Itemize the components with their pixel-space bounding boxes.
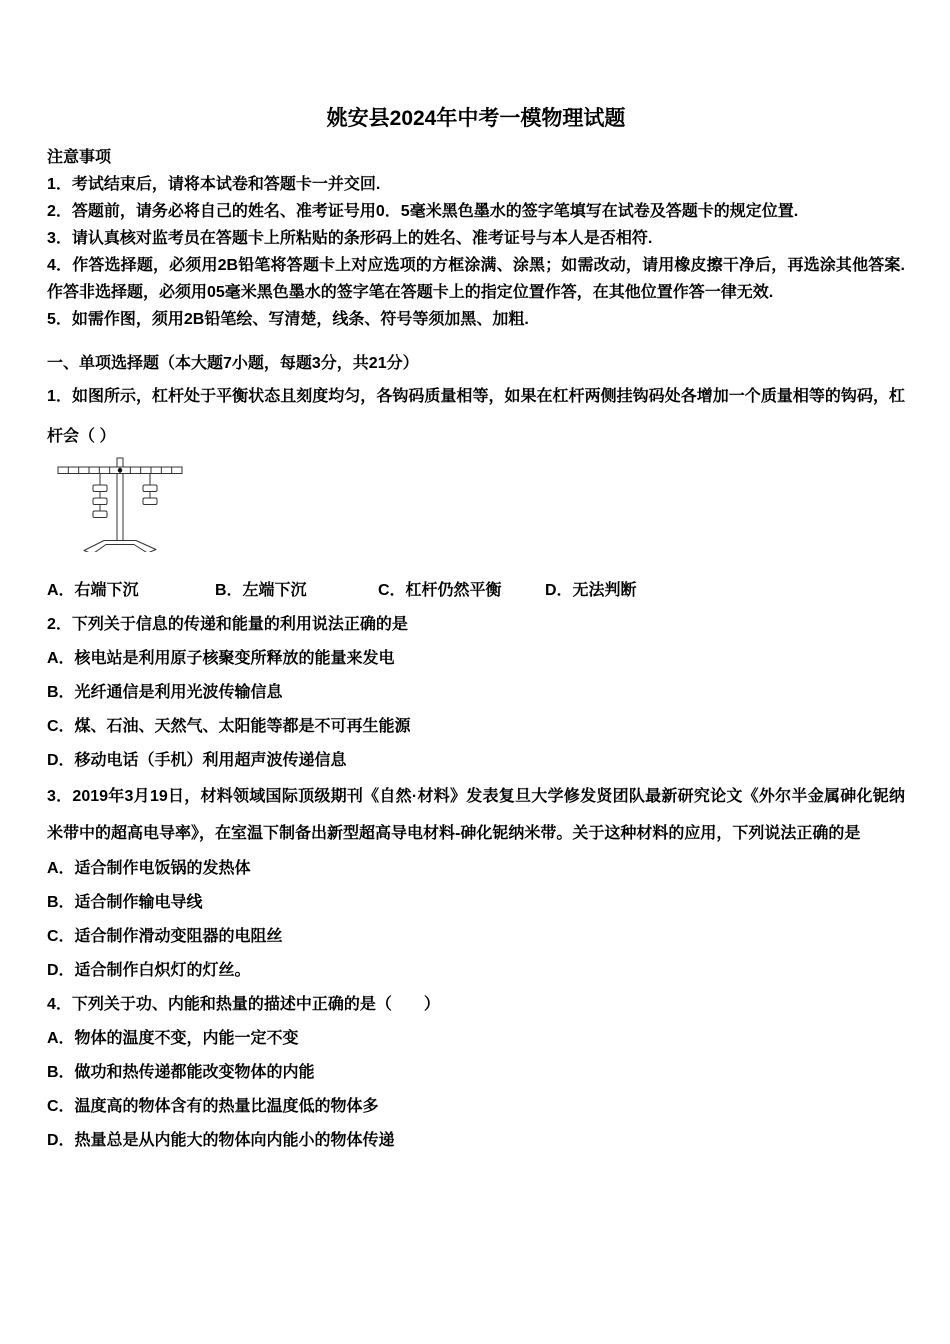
question-3-text: 3．2019年3月19日，材料领域国际顶级期刊《自然·材料》发表复旦大学修发贤团… [47,778,905,852]
question-4-option-d: D．热量总是从内能大的物体向内能小的物体传递 [47,1124,905,1158]
question-3-option-a: A．适合制作电饭锅的发热体 [47,852,905,886]
page-title: 姚安县2024年中考一模物理试题 [47,104,905,134]
section-1-heading: 一、单项选择题（本大题7小题，每题3分，共21分） [47,350,905,377]
question-2-text: 2．下列关于信息的传递和能量的利用说法正确的是 [47,608,905,642]
question-2-option-c: C．煤、石油、天然气、太阳能等都是不可再生能源 [47,710,905,744]
question-2-option-a: A．核电站是利用原子核聚变所释放的能量来发电 [47,642,905,676]
lever-balance-diagram [55,457,185,552]
question-1-options: A．右端下沉 B．左端下沉 C．杠杆仍然平衡 D．无法判断 [47,574,905,608]
notice-item-4: 4．作答选择题，必须用2B铅笔将答题卡上对应选项的方框涂满、涂黑；如需改动，请用… [47,252,905,306]
lever-balance-figure [55,457,185,552]
question-4-text: 4．下列关于功、内能和热量的描述中正确的是（ ） [47,988,905,1022]
question-1-text: 1．如图所示，杠杆处于平衡状态且刻度均匀，各钩码质量相等，如果在杠杆两侧挂钩码处… [47,377,905,457]
question-1-option-a: A．右端下沉 [47,574,215,608]
notice-item-2: 2．答题前，请务必将自己的姓名、准考证号用0．5毫米黑色墨水的签字笔填写在试卷及… [47,198,905,225]
exam-document-page: 姚安县2024年中考一模物理试题 注意事项 1．考试结束后，请将本试卷和答题卡一… [0,0,950,1344]
question-4-option-a: A．物体的温度不变，内能一定不变 [47,1022,905,1056]
question-4-option-c: C．温度高的物体含有的热量比温度低的物体多 [47,1090,905,1124]
question-2-option-b: B．光纤通信是利用光波传输信息 [47,676,905,710]
question-3-option-d: D．适合制作白炽灯的灯丝。 [47,954,905,988]
notice-item-5: 5．如需作图，须用2B铅笔绘、写清楚，线条、符号等须加黑、加粗. [47,306,905,333]
notice-item-1: 1．考试结束后，请将本试卷和答题卡一并交回. [47,171,905,198]
question-3-option-c: C．适合制作滑动变阻器的电阻丝 [47,920,905,954]
document-content: 姚安县2024年中考一模物理试题 注意事项 1．考试结束后，请将本试卷和答题卡一… [0,0,950,1158]
question-1-option-c: C．杠杆仍然平衡 [378,574,545,608]
question-1-option-d: D．无法判断 [545,574,637,608]
notice-item-3: 3．请认真核对监考员在答题卡上所粘贴的条形码上的姓名、准考证号与本人是否相符. [47,225,905,252]
question-2-option-d: D．移动电话（手机）利用超声波传递信息 [47,744,905,778]
notice-heading: 注意事项 [47,144,905,171]
question-4-option-b: B．做功和热传递都能改变物体的内能 [47,1056,905,1090]
question-3-option-b: B．适合制作输电导线 [47,886,905,920]
question-1-option-b: B．左端下沉 [215,574,378,608]
